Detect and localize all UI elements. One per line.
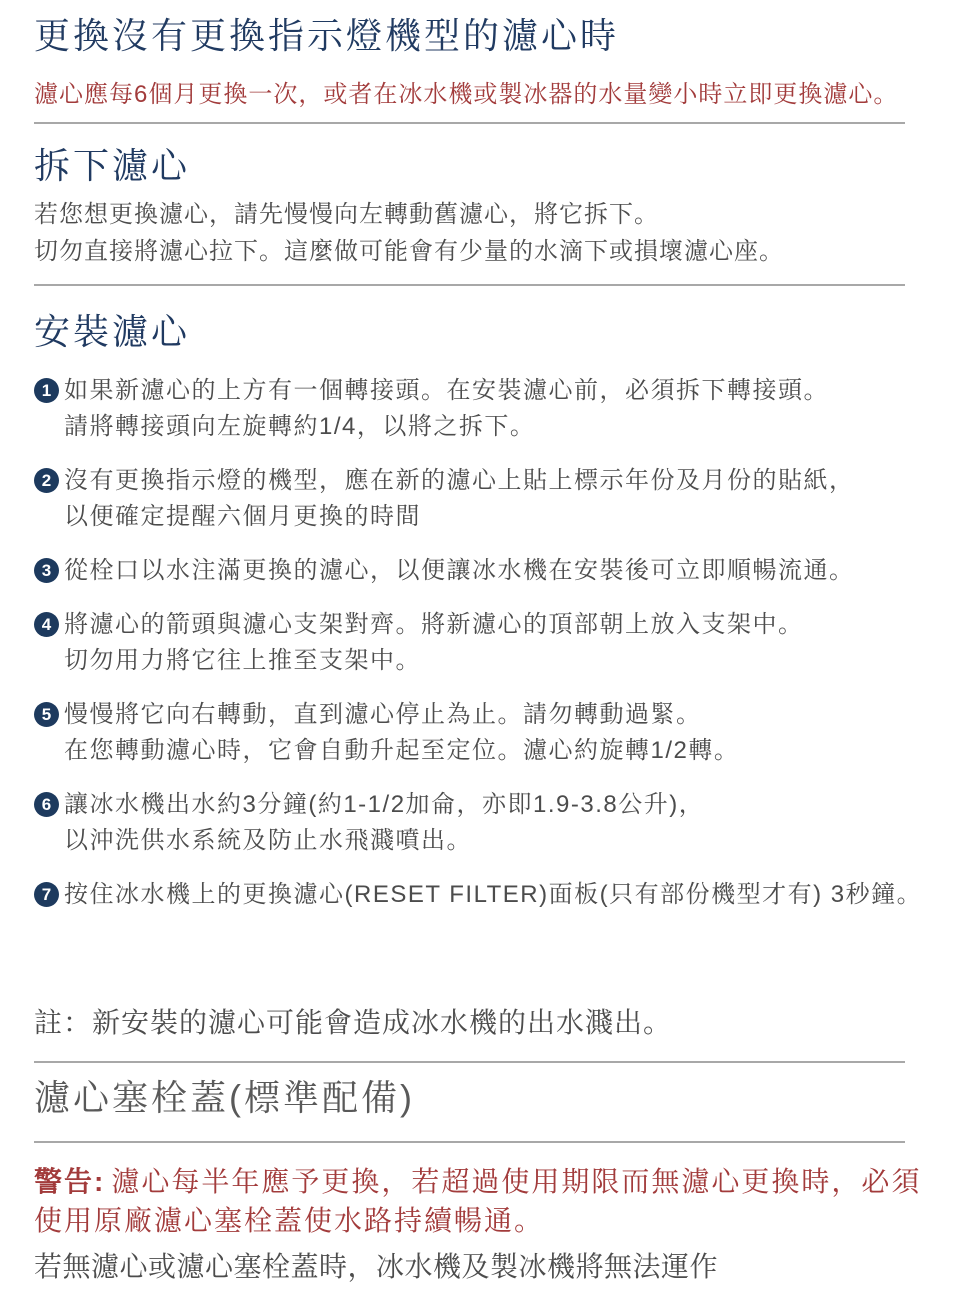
section-divider: [34, 1141, 905, 1143]
section-title-install-filter: 安裝濾心: [34, 310, 190, 354]
section-title-filter-plug-cap: 濾心塞栓蓋(標準配備): [34, 1076, 415, 1120]
warning-line-1-text: 濾心每半年應予更換，若超過使用期限而無濾心更換時，必須: [111, 1166, 921, 1197]
step-number-badge: 5: [34, 702, 59, 727]
install-note-text: 註：新安裝的濾心可能會造成冰水機的出水濺出。: [34, 1006, 672, 1040]
step-line: 讓冰水機出水約3分鐘(約1-1/2加侖，亦即1.9-3.8公升)，: [64, 787, 922, 823]
step-item-1: 1 如果新濾心的上方有一個轉接頭。在安裝濾心前，必須拆下轉接頭。 請將轉接頭向左…: [34, 373, 922, 445]
step-number-badge: 3: [34, 558, 59, 583]
step-number-badge: 7: [34, 882, 59, 907]
manual-page: 更換沒有更換指示燈機型的濾心時 濾心應每6個月更換一次，或者在冰水機或製冰器的水…: [0, 0, 969, 1293]
warning-paragraph: 警告:濾心每半年應予更換，若超過使用期限而無濾心更換時，必須 使用原廠濾心塞栓蓋…: [34, 1162, 921, 1240]
step-item-4: 4 將濾心的箭頭與濾心支架對齊。將新濾心的頂部朝上放入支架中。 切勿用力將它往上…: [34, 607, 922, 679]
remove-filter-line-2: 切勿直接將濾心拉下。這麼做可能會有少量的水滴下或損壞濾心座。: [34, 233, 784, 270]
replace-interval-warning-text: 濾心應每6個月更換一次，或者在冰水機或製冰器的水量變小時立即更換濾心。: [34, 78, 898, 112]
section-title-remove-filter: 拆下濾心: [34, 144, 190, 188]
step-number-badge: 6: [34, 792, 59, 817]
section-divider: [34, 122, 905, 124]
step-line: 切勿用力將它往上推至支架中。: [64, 643, 922, 679]
remove-filter-line-1: 若您想更換濾心，請先慢慢向左轉動舊濾心，將它拆下。: [34, 196, 784, 233]
step-line: 慢慢將它向右轉動，直到濾心停止為止。請勿轉動過緊。: [64, 697, 922, 733]
step-line: 請將轉接頭向左旋轉約1/4，以將之拆下。: [64, 409, 922, 445]
warning-line-2: 使用原廠濾心塞栓蓋使水路持續暢通。: [34, 1201, 921, 1240]
step-line: 如果新濾心的上方有一個轉接頭。在安裝濾心前，必須拆下轉接頭。: [64, 373, 922, 409]
step-line: 以便確定提醒六個月更換的時間: [64, 499, 922, 535]
step-line: 以沖洗供水系統及防止水飛濺噴出。: [64, 823, 922, 859]
step-line: 按住冰水機上的更換濾心(RESET FILTER)面板(只有部份機型才有) 3秒…: [64, 877, 922, 913]
step-number-badge: 1: [34, 378, 59, 403]
step-item-5: 5 慢慢將它向右轉動，直到濾心停止為止。請勿轉動過緊。 在您轉動濾心時，它會自動…: [34, 697, 922, 769]
step-line: 沒有更換指示燈的機型，應在新的濾心上貼上標示年份及月份的貼紙，: [64, 463, 922, 499]
section-divider: [34, 1061, 905, 1063]
step-line: 在您轉動濾心時，它會自動升起至定位。濾心約旋轉1/2轉。: [64, 733, 922, 769]
section-divider: [34, 284, 905, 286]
section-title-replace-filter: 更換沒有更換指示燈機型的濾心時: [34, 14, 619, 58]
step-item-7: 7 按住冰水機上的更換濾心(RESET FILTER)面板(只有部份機型才有) …: [34, 877, 922, 913]
step-line: 從栓口以水注滿更換的濾心，以便讓冰水機在安裝後可立即順暢流通。: [64, 553, 922, 589]
warning-line-1: 警告:濾心每半年應予更換，若超過使用期限而無濾心更換時，必須: [34, 1162, 921, 1201]
step-item-6: 6 讓冰水機出水約3分鐘(約1-1/2加侖，亦即1.9-3.8公升)， 以沖洗供…: [34, 787, 922, 859]
no-filter-notice-text: 若無濾心或濾心塞栓蓋時，冰水機及製冰機將無法運作: [34, 1250, 718, 1284]
remove-filter-paragraph: 若您想更換濾心，請先慢慢向左轉動舊濾心，將它拆下。 切勿直接將濾心拉下。這麼做可…: [34, 196, 784, 270]
step-line: 將濾心的箭頭與濾心支架對齊。將新濾心的頂部朝上放入支架中。: [64, 607, 922, 643]
step-number-badge: 4: [34, 612, 59, 637]
step-number-badge: 2: [34, 468, 59, 493]
install-steps-list: 1 如果新濾心的上方有一個轉接頭。在安裝濾心前，必須拆下轉接頭。 請將轉接頭向左…: [34, 373, 922, 931]
step-item-2: 2 沒有更換指示燈的機型，應在新的濾心上貼上標示年份及月份的貼紙， 以便確定提醒…: [34, 463, 922, 535]
warning-label: 警告:: [34, 1166, 105, 1197]
step-item-3: 3 從栓口以水注滿更換的濾心，以便讓冰水機在安裝後可立即順暢流通。: [34, 553, 922, 589]
